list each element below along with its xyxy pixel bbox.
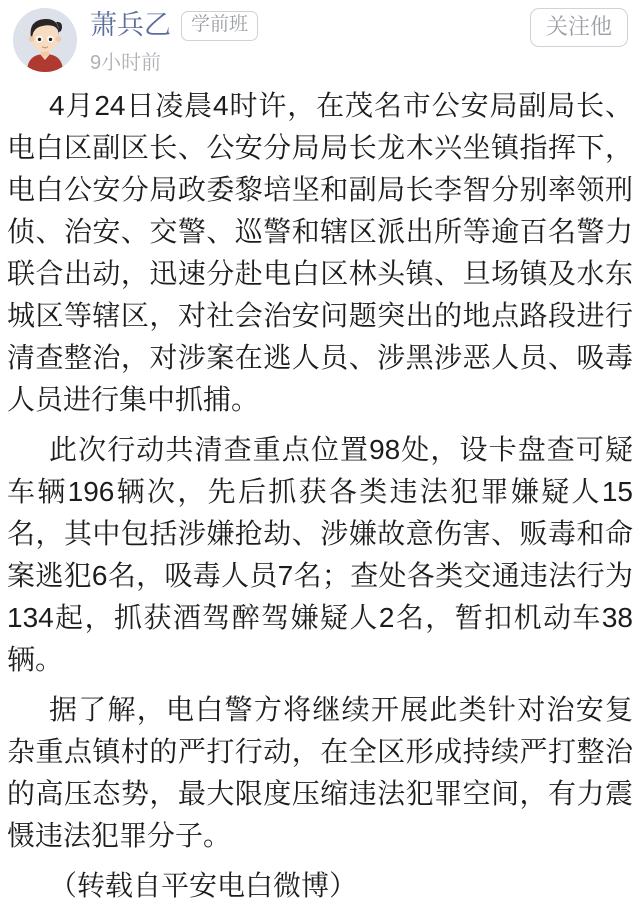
post-timestamp: 9小时前	[90, 46, 530, 75]
user-info: 萧兵乙 学前班 9小时前	[90, 8, 530, 75]
follow-button[interactable]: 关注他	[530, 8, 628, 47]
post-header: 萧兵乙 学前班 9小时前 关注他	[0, 0, 640, 75]
post-paragraph: 4月24日凌晨4时许，在茂名市公安局副局长、电白区副区长、公安分局局长龙木兴坐镇…	[7, 85, 633, 421]
post-body: 4月24日凌晨4时许，在茂名市公安局副局长、电白区副区长、公安分局局长龙木兴坐镇…	[0, 75, 640, 906]
post-paragraph: 据了解，电白警方将继续开展此类针对治安复杂重点镇村的严打行动，在全区形成持续严打…	[7, 689, 633, 857]
user-level-badge: 学前班	[181, 11, 258, 41]
post-paragraph: 此次行动共清查重点位置98处，设卡盘查可疑车辆196辆次，先后抓获各类违法犯罪嫌…	[7, 429, 633, 681]
post-paragraph: （转载自平安电白微博）	[7, 865, 633, 906]
user-avatar[interactable]	[13, 8, 77, 72]
cartoon-kid-avatar-icon	[13, 8, 77, 72]
username[interactable]: 萧兵乙	[90, 11, 171, 41]
name-row: 萧兵乙 学前班	[90, 11, 530, 41]
